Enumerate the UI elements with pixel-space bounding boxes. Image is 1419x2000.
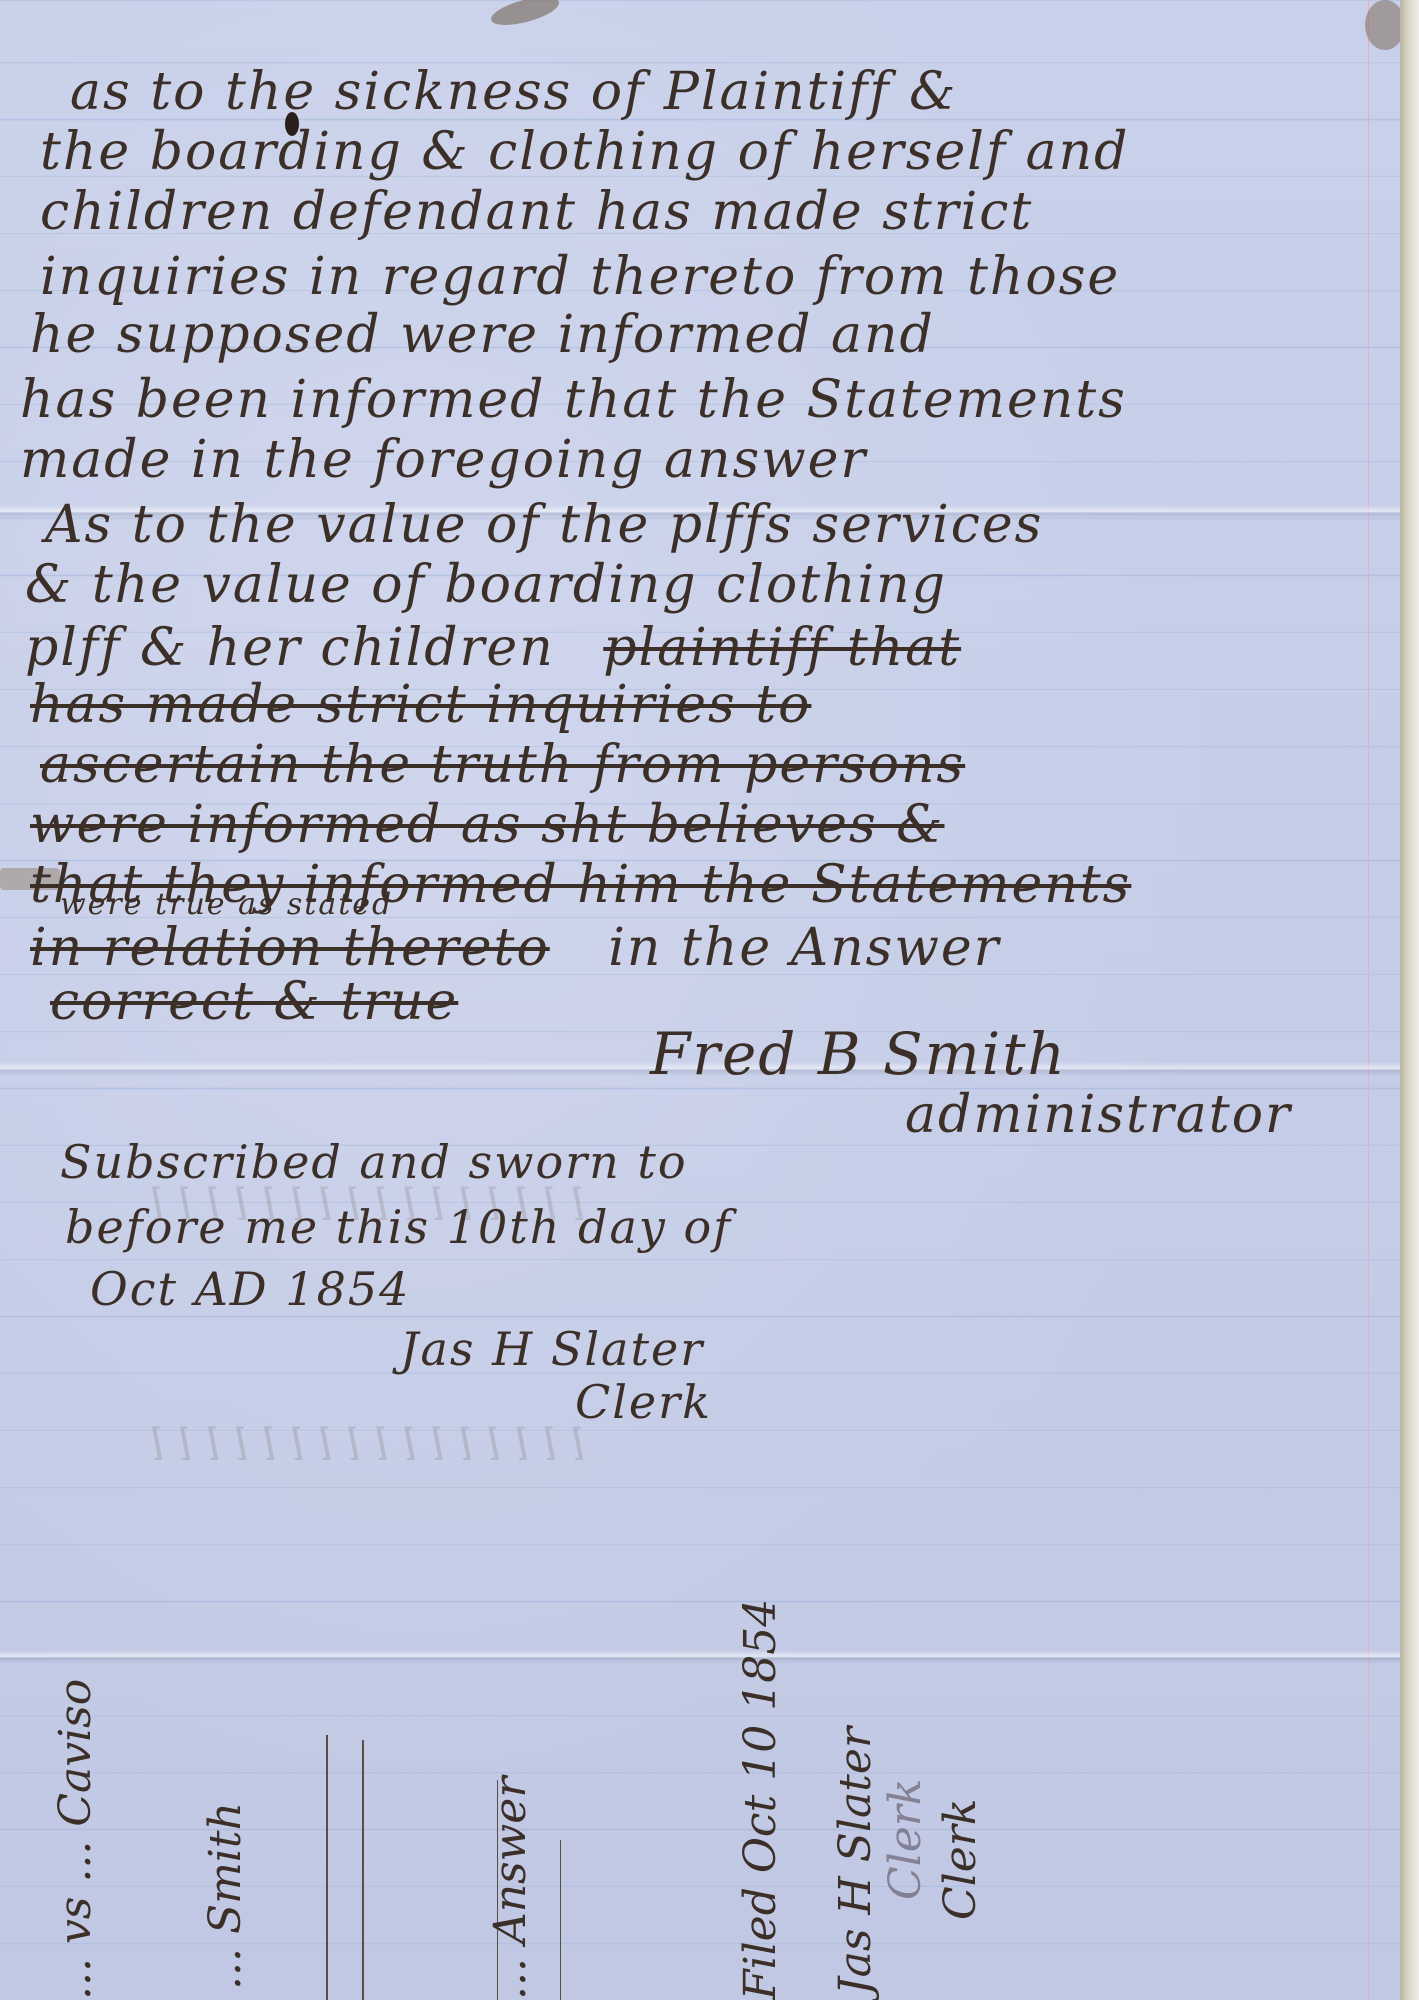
struck-line-11: has made strict inquiries to <box>30 675 811 735</box>
body-line-9: & the value of boarding clothing <box>25 555 947 615</box>
body-line-10: plff & her children plaintiff that <box>25 618 961 678</box>
jurat-line-3: Oct AD 1854 <box>90 1262 410 1316</box>
jurat-line-1: Subscribed and sworn to <box>60 1135 688 1189</box>
ink-stain <box>1365 0 1400 50</box>
struck-line-12: ascertain the truth from persons <box>40 735 965 795</box>
struck-line-13: were informed as sht believes & <box>30 795 944 855</box>
docket-line-3: ... Answer <box>485 1777 536 2000</box>
body-line-2: the boarding & clothing of herself and <box>40 122 1129 182</box>
body-line-3: children defendant has made strict <box>40 182 1033 242</box>
docket-rule <box>326 1735 328 2000</box>
body-line-6: has been informed that the Statements <box>20 370 1127 430</box>
margin-line <box>1368 0 1369 2000</box>
document-page: l l l l l l l l l l l l l l l l l l l l … <box>0 0 1400 2000</box>
body-line-7: made in the foregoing answer <box>20 430 867 490</box>
docket-line-1: ... vs ... Caviso <box>50 1679 101 2000</box>
body-line-15-struck: in relation thereto <box>30 918 550 978</box>
body-line-1: as to the sickness of Plaintiff & <box>70 62 957 122</box>
jurat-line-2: before me this 10th day of <box>65 1200 732 1254</box>
docket-line-5: Jas H Slater <box>830 1727 881 1995</box>
docket-line-6-faint: Clerk <box>880 1779 931 1900</box>
docket-line-2: ... Smith <box>200 1802 251 1990</box>
docket-line-4: Filed Oct 10 1854 <box>735 1599 786 2000</box>
jurat-signer-title: Clerk <box>575 1375 712 1429</box>
body-line-5: he supposed were informed and <box>30 305 935 365</box>
body-line-8: As to the value of the plffs services <box>45 495 1043 555</box>
docket-rule <box>362 1740 364 2000</box>
body-line-10-text: plff & her children <box>25 618 555 678</box>
bleed-through-text: l l l l l l l l l l l l l l l l <box>150 1420 585 1471</box>
docket-line-6: Clerk <box>935 1799 986 1920</box>
signature-name: Fred B Smith <box>650 1020 1067 1088</box>
docket-rule <box>560 1840 561 2000</box>
body-line-15: in relation thereto in the Answer <box>30 918 1001 978</box>
jurat-signer: Jas H Slater <box>400 1322 704 1376</box>
fold-crease <box>0 1650 1400 1664</box>
paper-edge <box>1400 0 1419 2000</box>
insertion-above-line-15: were true as stated <box>60 887 393 922</box>
struck-line-16: correct & true <box>50 972 458 1032</box>
body-line-4: inquiries in regard thereto from those <box>40 247 1120 307</box>
body-line-15-tail: in the Answer <box>608 918 1000 978</box>
signature-title: administrator <box>905 1085 1292 1145</box>
body-line-10-struck-tail: plaintiff that <box>603 618 961 678</box>
